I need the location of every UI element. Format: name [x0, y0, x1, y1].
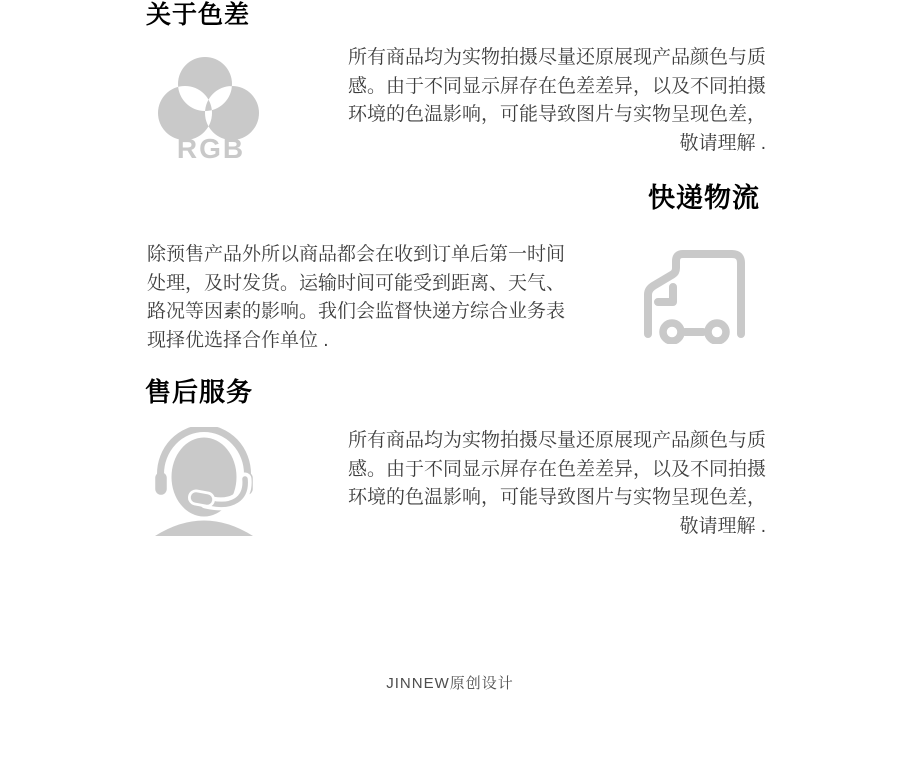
shipping-text: 除预售产品外所以商品都会在收到订单后第一时间 处理，及时发货。运输时间可能受到距…: [147, 241, 589, 355]
customer-service-headset-icon: [154, 427, 254, 536]
section-heading-after-sales: 售后服务: [145, 378, 253, 408]
delivery-truck-icon: [642, 248, 747, 344]
rgb-icon-label: RGB: [177, 133, 245, 161]
brand-footer-text: JINNEW原创设计: [0, 672, 900, 693]
product-info-page: 关于色差 RGB 所有商品均为实物拍摄尽量还原展现产品颜色与质 感。由于不同显示…: [0, 0, 900, 771]
after-sales-text: 所有商品均为实物拍摄尽量还原展现产品颜色与质 感。由于不同显示屏存在色差差异，以…: [324, 427, 766, 541]
rgb-circles-icon: RGB: [157, 57, 259, 161]
color-difference-text: 所有商品均为实物拍摄尽量还原展现产品颜色与质 感。由于不同显示屏存在色差差异，以…: [324, 44, 766, 158]
section-heading-color-difference: 关于色差: [146, 1, 250, 30]
section-heading-shipping: 快递物流: [648, 183, 760, 214]
